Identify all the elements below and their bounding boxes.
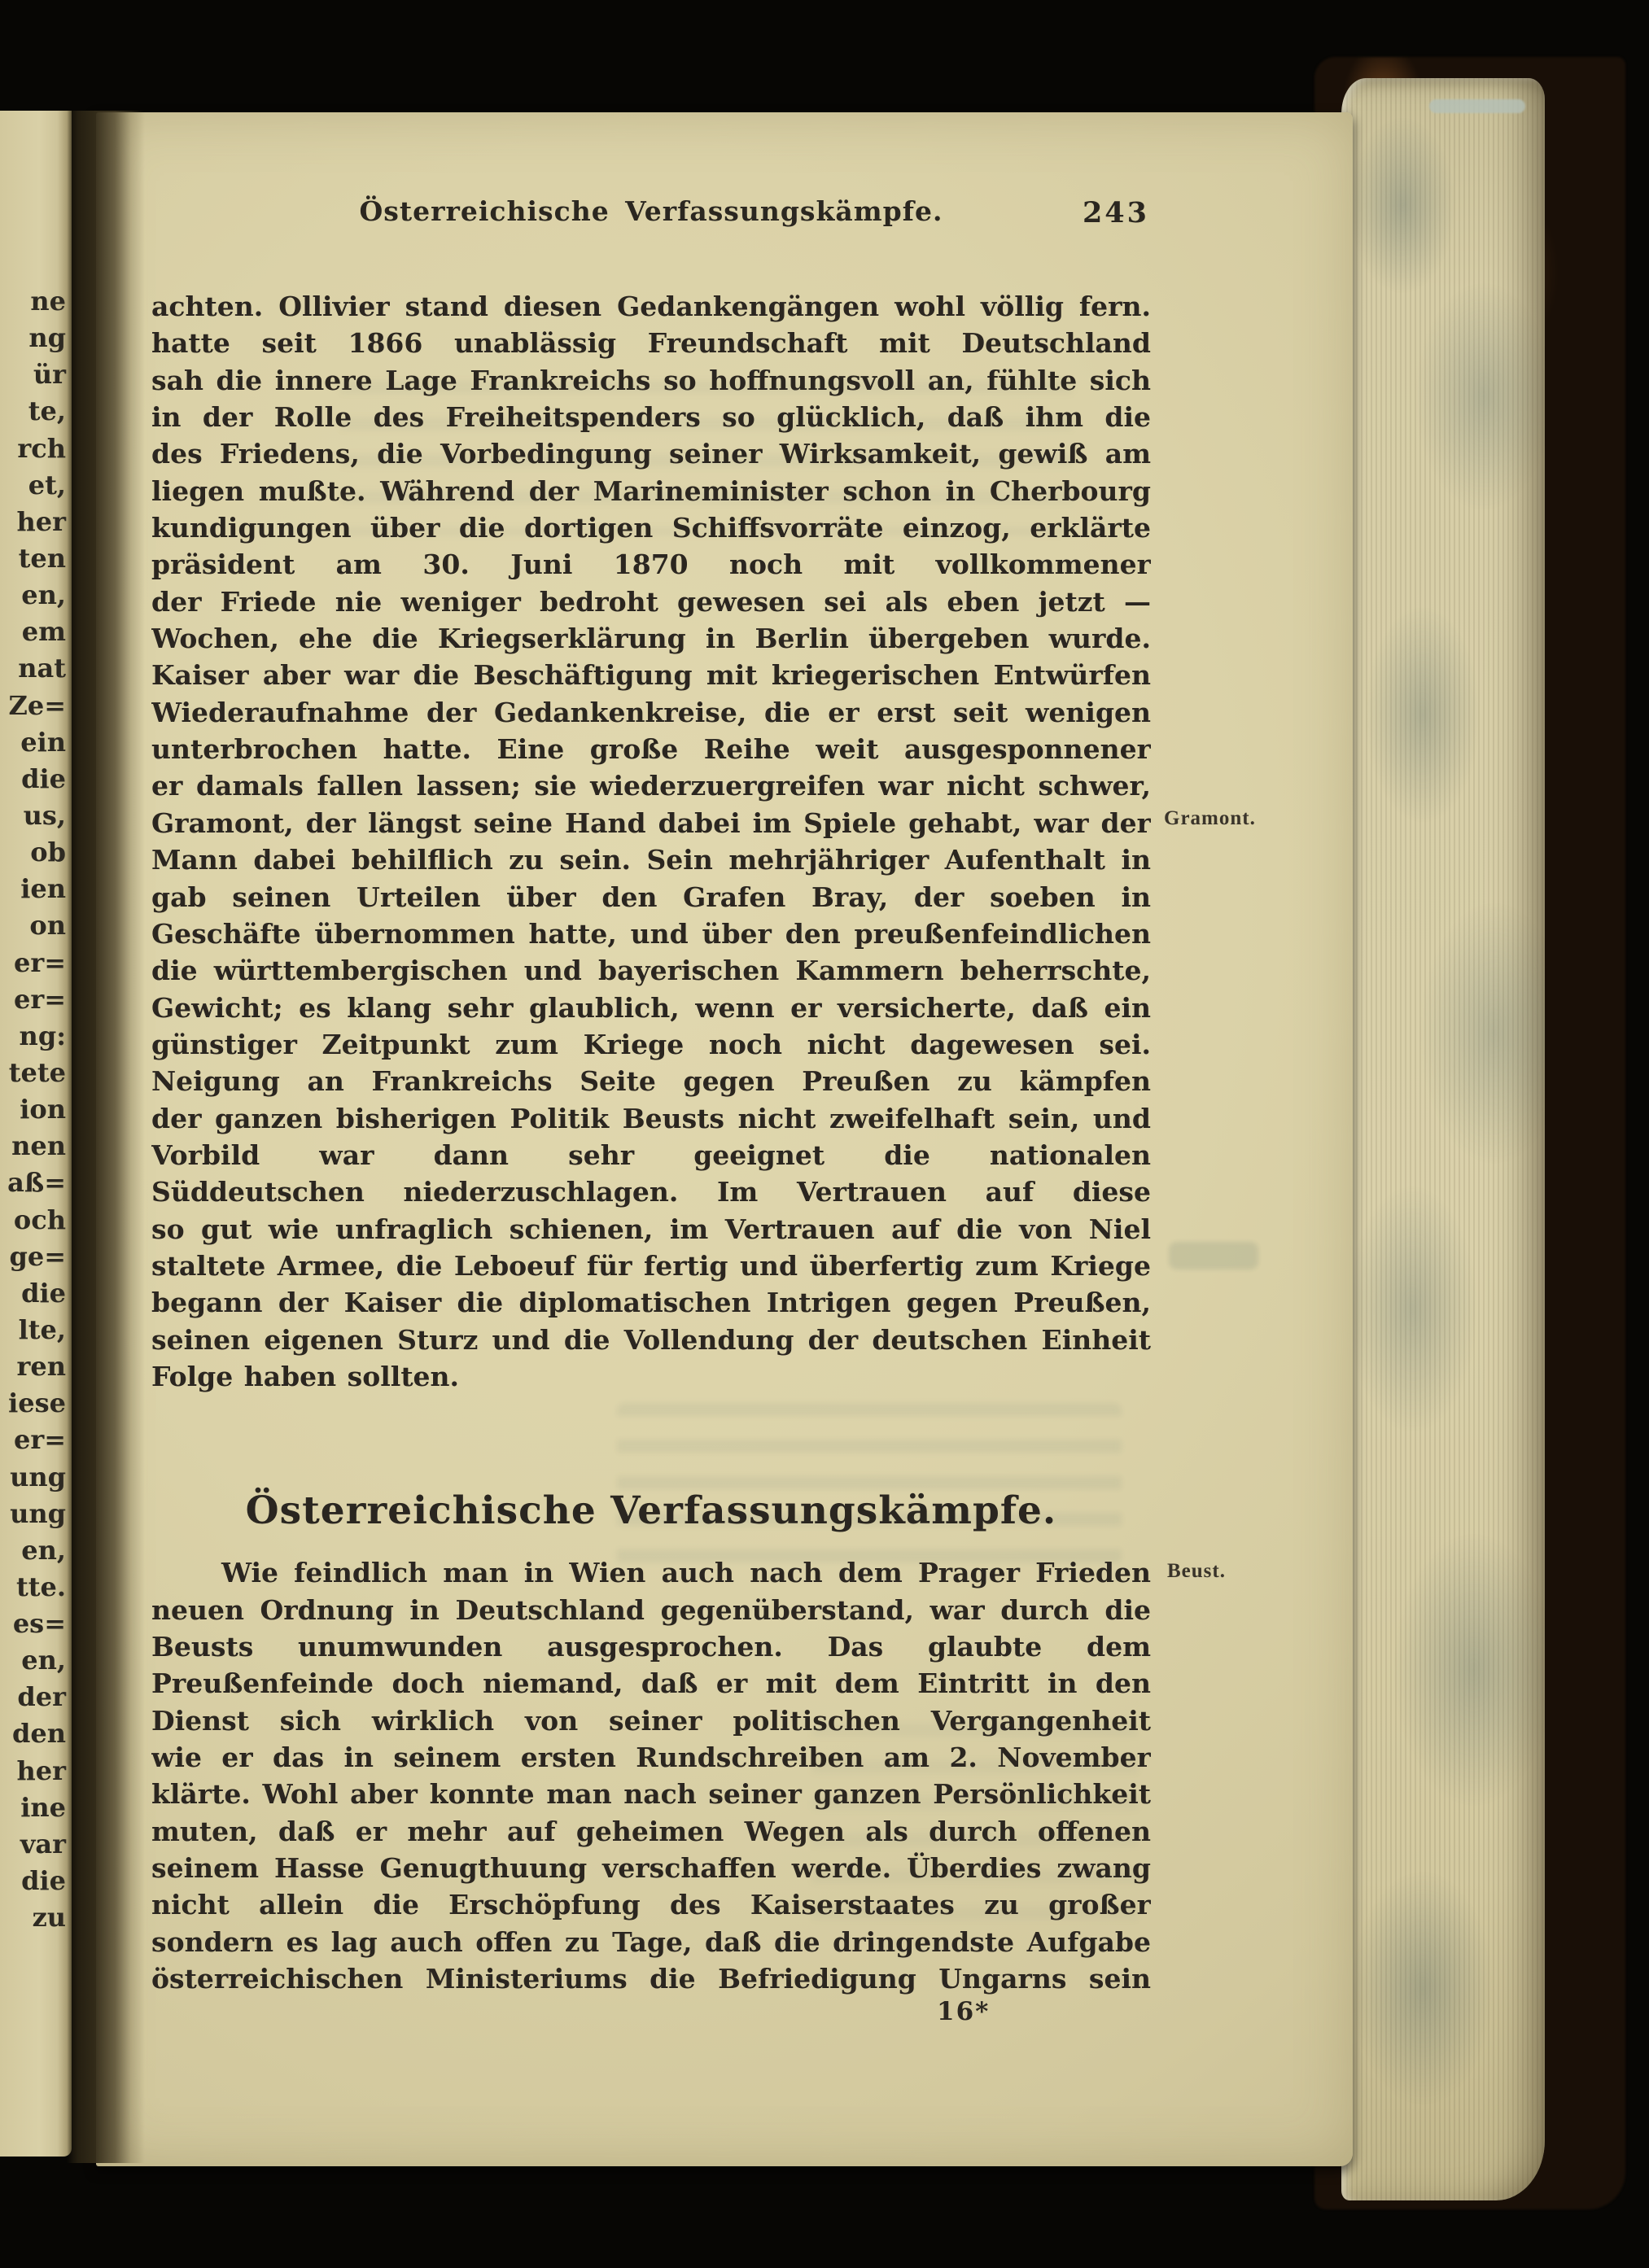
facing-page-edge: nengürte,rchet,hertenen,emnatZe=eindieus… [0, 111, 72, 2157]
text-fragment: te, [0, 393, 72, 430]
page-header: Österreichische Verfassungskämpfe. 243 [151, 195, 1151, 233]
text-line: achten. Ollivier stand diesen Gedankengä… [151, 288, 1151, 325]
text-line: Vorbild war dann sehr geeignet die natio… [151, 1137, 1151, 1173]
text-line: muten, daß er mehr auf geheimen Wegen al… [151, 1813, 1151, 1850]
text-line: günstiger Zeitpunkt zum Kriege noch nich… [151, 1026, 1151, 1063]
text-line: wie er das in seinem ersten Rundschreibe… [151, 1739, 1151, 1776]
body-text: achten. Ollivier stand diesen Gedankengä… [151, 288, 1151, 1997]
text-line: seinen eigenen Sturz und die Vollendung … [151, 1322, 1151, 1358]
text-line: Gramont, der längst seine Hand dabei im … [151, 805, 1151, 841]
text-fragment: ung [0, 1459, 72, 1496]
text-fragment: ren [0, 1348, 72, 1385]
text-line: präsident am 30. Juni 1870 noch mit voll… [151, 546, 1151, 583]
text-fragment: her [0, 1753, 72, 1789]
section-heading: Österreichische Verfassungskämpfe. [151, 1479, 1151, 1543]
text-fragment: Ze= [0, 688, 72, 724]
margin-note-beust: Beust. [1167, 1560, 1226, 1583]
text-line: staltete Armee, die Leboeuf für fertig u… [151, 1248, 1151, 1284]
text-fragment: ob [0, 834, 72, 871]
text-fragment: ung [0, 1496, 72, 1532]
text-line: Neigung an Frankreichs Seite gegen Preuß… [151, 1063, 1151, 1099]
paragraph-2: Wie feindlich man in Wien auch nach dem … [151, 1554, 1151, 1997]
text-fragment: her [0, 504, 72, 540]
text-fragment: en, [0, 1532, 72, 1569]
text-line: Gewicht; es klang sehr glaublich, wenn e… [151, 990, 1151, 1026]
text-fragment: ng [0, 320, 72, 356]
text-line: österreichischen Ministeriums die Befrie… [151, 1960, 1151, 1997]
text-line: so gut wie unfraglich schienen, im Vertr… [151, 1211, 1151, 1248]
text-fragment: et, [0, 467, 72, 504]
text-fragment: ion [0, 1091, 72, 1128]
text-line: Dienst sich wirklich von seiner politisc… [151, 1702, 1151, 1739]
text-line: der Friede nie weniger bedroht gewesen s… [151, 583, 1151, 620]
text-fragment: och [0, 1202, 72, 1239]
text-fragment: en, [0, 577, 72, 614]
text-fragment: er= [0, 981, 72, 1018]
text-fragment: es= [0, 1606, 72, 1642]
text-line: die württembergischen und bayerischen Ka… [151, 952, 1151, 989]
text-fragment: ge= [0, 1239, 72, 1275]
text-fragment: var [0, 1826, 72, 1863]
text-line: er damals fallen lassen; sie wiederzuerg… [151, 767, 1151, 804]
text-line: seinem Hasse Genugthuung verschaffen wer… [151, 1850, 1151, 1886]
text-line: Mann dabei behilflich zu sein. Sein mehr… [151, 841, 1151, 878]
text-line: neuen Ordnung in Deutschland gegenüberst… [151, 1592, 1151, 1628]
page-stack-fore-edge [1341, 78, 1545, 2200]
text-fragment: ine [0, 1789, 72, 1826]
show-through-ink [1169, 1242, 1258, 1269]
text-line: sondern es lag auch offen zu Tage, daß d… [151, 1924, 1151, 1960]
text-line: nicht allein die Erschöpfung des Kaisers… [151, 1886, 1151, 1923]
text-line: Wochen, ehe die Kriegserklärung in Berli… [151, 620, 1151, 657]
text-line: in der Rolle des Freiheitspenders so glü… [151, 399, 1151, 435]
text-fragment: aß= [0, 1165, 72, 1201]
text-fragment: tete [0, 1055, 72, 1091]
text-line: der ganzen bisherigen Politik Beusts nic… [151, 1100, 1151, 1137]
text-fragment: ür [0, 356, 72, 393]
text-fragment: ng: [0, 1018, 72, 1055]
text-fragment: tte. [0, 1569, 72, 1606]
text-fragment: den [0, 1715, 72, 1752]
text-fragment: zu [0, 1899, 72, 1936]
text-line: Geschäfte übernommen hatte, und über den… [151, 916, 1151, 952]
signature-mark: 16* [937, 1997, 990, 2026]
text-fragment: die [0, 1275, 72, 1312]
text-line: hatte seit 1866 unablässig Freundschaft … [151, 325, 1151, 361]
text-fragment: nen [0, 1128, 72, 1165]
text-fragment: ein [0, 724, 72, 761]
text-line: liegen mußte. Während der Marineminister… [151, 473, 1151, 509]
paragraph-1: achten. Ollivier stand diesen Gedankengä… [151, 288, 1151, 1395]
text-line: gab seinen Urteilen über den Grafen Bray… [151, 879, 1151, 916]
text-fragment: ten [0, 540, 72, 577]
text-line: Folge haben sollten. [151, 1358, 1151, 1395]
text-line: Kaiser aber war die Beschäftigung mit kr… [151, 657, 1151, 693]
marbled-veins-texture [1341, 78, 1545, 2200]
text-line: des Friedens, die Vorbedingung seiner Wi… [151, 435, 1151, 472]
text-fragment: en, [0, 1642, 72, 1679]
page-number: 243 [1083, 196, 1149, 229]
text-line: Beusts unumwunden ausgesprochen. Das gla… [151, 1628, 1151, 1665]
headband [1429, 99, 1525, 113]
text-fragment: ien [0, 871, 72, 907]
text-line: Preußenfeinde doch niemand, daß er mit d… [151, 1665, 1151, 1702]
text-line: klärte. Wohl aber konnte man nach seiner… [151, 1776, 1151, 1812]
text-fragment: er= [0, 1422, 72, 1458]
book-page: Österreichische Verfassungskämpfe. 243 a… [96, 112, 1353, 2166]
text-fragment: iese [0, 1385, 72, 1422]
text-line: unterbrochen hatte. Eine große Reihe wei… [151, 731, 1151, 767]
text-line: begann der Kaiser die diplomatischen Int… [151, 1284, 1151, 1321]
text-fragment: die [0, 1863, 72, 1899]
text-fragment: on [0, 907, 72, 944]
text-fragment: die [0, 761, 72, 798]
text-fragment: us, [0, 798, 72, 834]
text-fragment: rch [0, 430, 72, 467]
text-line: Wiederaufnahme der Gedankenkreise, die e… [151, 694, 1151, 731]
text-fragment: nat [0, 650, 72, 687]
text-line: sah die innere Lage Frankreichs so hoffn… [151, 362, 1151, 399]
margin-note-gramont: Gramont. [1164, 807, 1256, 830]
running-head: Österreichische Verfassungskämpfe. [151, 195, 1151, 227]
text-fragment: lte, [0, 1312, 72, 1348]
facing-page-text-fragments: nengürte,rchet,hertenen,emnatZe=eindieus… [0, 111, 72, 1936]
text-fragment: er= [0, 945, 72, 981]
book-scan: nengürte,rchet,hertenen,emnatZe=eindieus… [0, 0, 1649, 2268]
text-fragment: ne [0, 283, 72, 320]
text-fragment: em [0, 614, 72, 650]
text-line: kundigungen über die dortigen Schiffsvor… [151, 509, 1151, 546]
text-line: Süddeutschen niederzuschlagen. Im Vertra… [151, 1173, 1151, 1210]
text-line: Wie feindlich man in Wien auch nach dem … [151, 1554, 1151, 1591]
text-fragment: der [0, 1679, 72, 1715]
